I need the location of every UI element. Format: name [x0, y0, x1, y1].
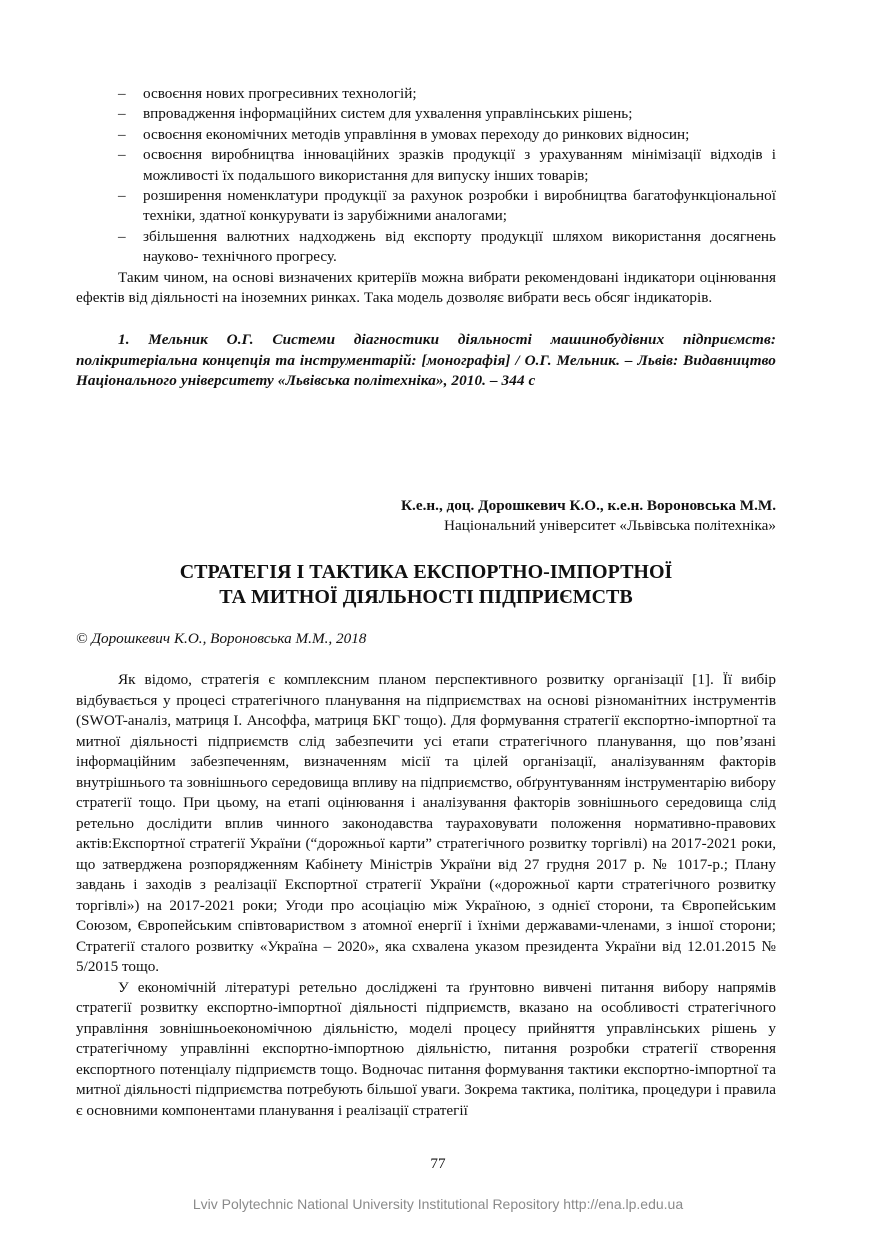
- article-title: СТРАТЕГІЯ І ТАКТИКА ЕКСПОРТНО-ІМПОРТНОЇ …: [76, 560, 776, 610]
- body-paragraph: У економічній літературі ретельно дослід…: [76, 978, 776, 1122]
- title-line-2: ТА МИТНОЇ ДІЯЛЬНОСТІ ПІДПРИЄМСТВ: [76, 585, 776, 610]
- copyright-line: © Дорошкевич К.О., Вороновська М.М., 201…: [76, 630, 366, 648]
- previous-article-end: –освоєння нових прогресивних технологій;…: [76, 84, 776, 392]
- body-paragraph: Як відомо, стратегія є комплексним плано…: [76, 670, 776, 978]
- dash-bullet-icon: –: [118, 186, 126, 206]
- dash-bullet-icon: –: [118, 145, 126, 165]
- list-item: –освоєння нових прогресивних технологій;: [76, 84, 776, 104]
- list-item: –впровадження інформаційних систем для у…: [76, 104, 776, 124]
- list-item: –збільшення валютних надходжень від експ…: [76, 227, 776, 268]
- dash-bullet-icon: –: [118, 125, 126, 145]
- article-byline: К.е.н., доц. Дорошкевич К.О., к.е.н. Вор…: [76, 496, 776, 537]
- dash-bullet-icon: –: [118, 104, 126, 124]
- authors: К.е.н., доц. Дорошкевич К.О., к.е.н. Вор…: [76, 496, 776, 516]
- bullet-list: –освоєння нових прогресивних технологій;…: [76, 84, 776, 268]
- affiliation: Національний університет «Львівська полі…: [76, 516, 776, 536]
- list-item: –розширення номенклатури продукції за ра…: [76, 186, 776, 227]
- dash-bullet-icon: –: [118, 227, 126, 247]
- title-line-1: СТРАТЕГІЯ І ТАКТИКА ЕКСПОРТНО-ІМПОРТНОЇ: [76, 560, 776, 585]
- dash-bullet-icon: –: [118, 84, 126, 104]
- page-number: 77: [0, 1155, 876, 1173]
- conclusion-paragraph: Таким чином, на основі визначених критер…: [76, 268, 776, 309]
- repository-footer: Lviv Polytechnic National University Ins…: [0, 1196, 876, 1212]
- reference-item: 1. Мельник О.Г. Системи діагностики діял…: [76, 330, 776, 391]
- list-item: –освоєння економічних методів управління…: [76, 125, 776, 145]
- list-item: –освоєння виробництва інноваційних зразк…: [76, 145, 776, 186]
- article-body: Як відомо, стратегія є комплексним плано…: [76, 670, 776, 1121]
